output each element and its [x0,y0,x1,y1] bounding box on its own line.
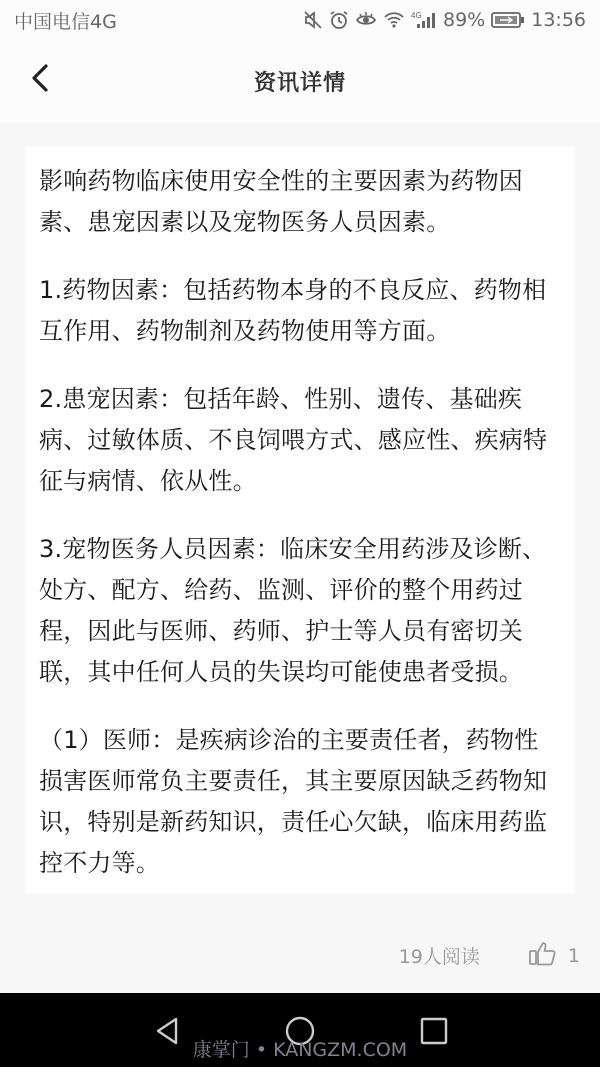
article-paragraph-staff-factors: 3.宠物医务人员因素：临床安全用药涉及诊断、处方、配方、给药、监测、评价的整个用… [39,529,561,693]
battery-charging-icon [491,11,525,29]
4g-signal-icon: 4G [411,10,437,30]
mute-icon [303,10,323,30]
eye-comfort-icon [355,10,377,30]
carrier-label: 中国电信4G [14,7,117,34]
chevron-left-icon [29,63,51,97]
article-paragraph-drug-factors: 1.药物因素：包括药物本身的不良反应、药物相互作用、药物制剂及药物使用等方面。 [39,270,561,352]
battery-percent: 89% [443,9,485,31]
alarm-icon [329,10,349,30]
wifi-icon [383,10,405,30]
article-paragraph-intro: 影响药物临床使用安全性的主要因素为药物因素、患宠因素以及宠物医务人员因素。 [39,161,561,243]
read-count: 19人阅读 [399,942,480,969]
article-content[interactable]: 影响药物临床使用安全性的主要因素为药物因素、患宠因素以及宠物医务人员因素。 1.… [25,147,575,893]
watermark: 康掌门 • KANGZM.COM [0,1035,600,1062]
thumbs-up-icon [528,939,558,972]
status-bar: 中国电信4G 4G 89% 13:56 [0,0,600,40]
article-paragraph-patient-factors: 2.患宠因素：包括年龄、性别、遗传、基础疾病、过敏体质、不良饲喂方式、感应性、疾… [39,379,561,502]
article-paragraph-physician: （1）医师：是疾病诊治的主要责任者，药物性损害医师常负主要责任，其主要原因缺乏药… [39,720,561,884]
svg-text:4G: 4G [411,11,422,20]
status-icons: 4G 89% 13:56 [303,9,586,31]
like-button[interactable]: 1 [528,939,580,972]
page-title: 资讯详情 [254,66,346,97]
app-header: 资讯详情 [0,40,600,122]
clock: 13:56 [531,9,586,31]
article-meta: 19人阅读 1 [0,918,600,993]
back-button[interactable] [22,62,58,98]
like-count: 1 [568,945,580,967]
